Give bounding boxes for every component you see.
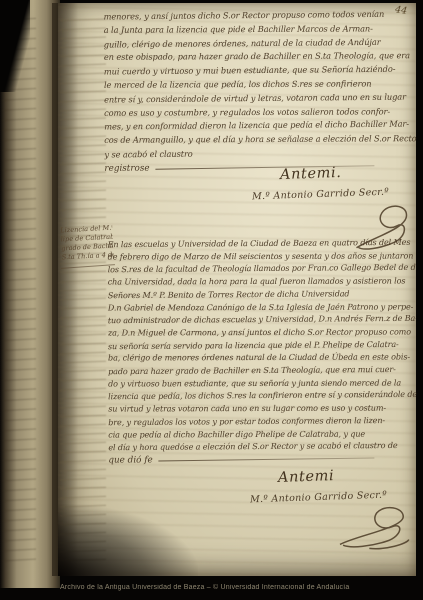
signature-secretary: M.º Antonio Garrido Secr.º (252, 187, 389, 203)
manuscript-line: el día y hora quedóse a eleczión del S.o… (108, 439, 416, 454)
manuscript-page: 44 menores, y ansí juntos dicho S.or Rec… (58, 3, 416, 576)
manuscript-line: guillo, clérigo de menores órdenes, natu… (104, 35, 416, 52)
closing-word: registrose (104, 163, 149, 173)
manuscript-line: su señoría sería servido para la lizenci… (108, 337, 416, 352)
closing-word: que dió fe (108, 455, 152, 465)
manuscript-photo: 44 menores, y ansí juntos dicho S.or Rec… (0, 0, 423, 600)
signature-antemi: Antemi (278, 468, 335, 486)
signature-antemi: Antemi. (280, 165, 342, 183)
manuscript-line: Señores M.º P. Benito de Torres Rector d… (108, 287, 416, 302)
photo-credit-line: Archivo de la Antigua Universidad de Bae… (60, 584, 410, 591)
closing-row: registrose (104, 162, 416, 174)
ink-rule (159, 458, 375, 462)
manuscript-line: y se acabó el claustro (104, 145, 416, 162)
paragraph-2: En las escuelas y Universidad de la Ciud… (108, 236, 417, 465)
closing-row: que dió fe (108, 454, 416, 465)
manuscript-line: entre sí y, considerándole de virtud y l… (104, 90, 416, 107)
ink-rule (156, 166, 375, 170)
margin-note: Lizencia del M.º Phe- lipe de Calatraba … (60, 224, 114, 262)
page-bottom-shadow (58, 504, 198, 576)
signature-secretary: M.º Antonio Garrido Secr.º (250, 490, 387, 506)
manuscript-line: bre, y regulados los votos y por estar t… (108, 414, 416, 429)
ghost-bleedthrough-column (60, 15, 106, 561)
rubric-flourish-icon (334, 501, 413, 556)
manuscript-line: pado para hazer grado de Bachiller en S.… (108, 363, 416, 378)
page-stack-bleedthrough (2, 14, 36, 566)
manuscript-line: En las escuelas y Universidad de la Ciud… (108, 236, 416, 251)
manuscript-line: za, D.n Miguel de Carmona, y ansí juntos… (108, 325, 416, 339)
photo-dark-corner (0, 0, 30, 92)
paragraph-1: menores, y ansí juntos dicho S.or Rector… (104, 8, 417, 173)
